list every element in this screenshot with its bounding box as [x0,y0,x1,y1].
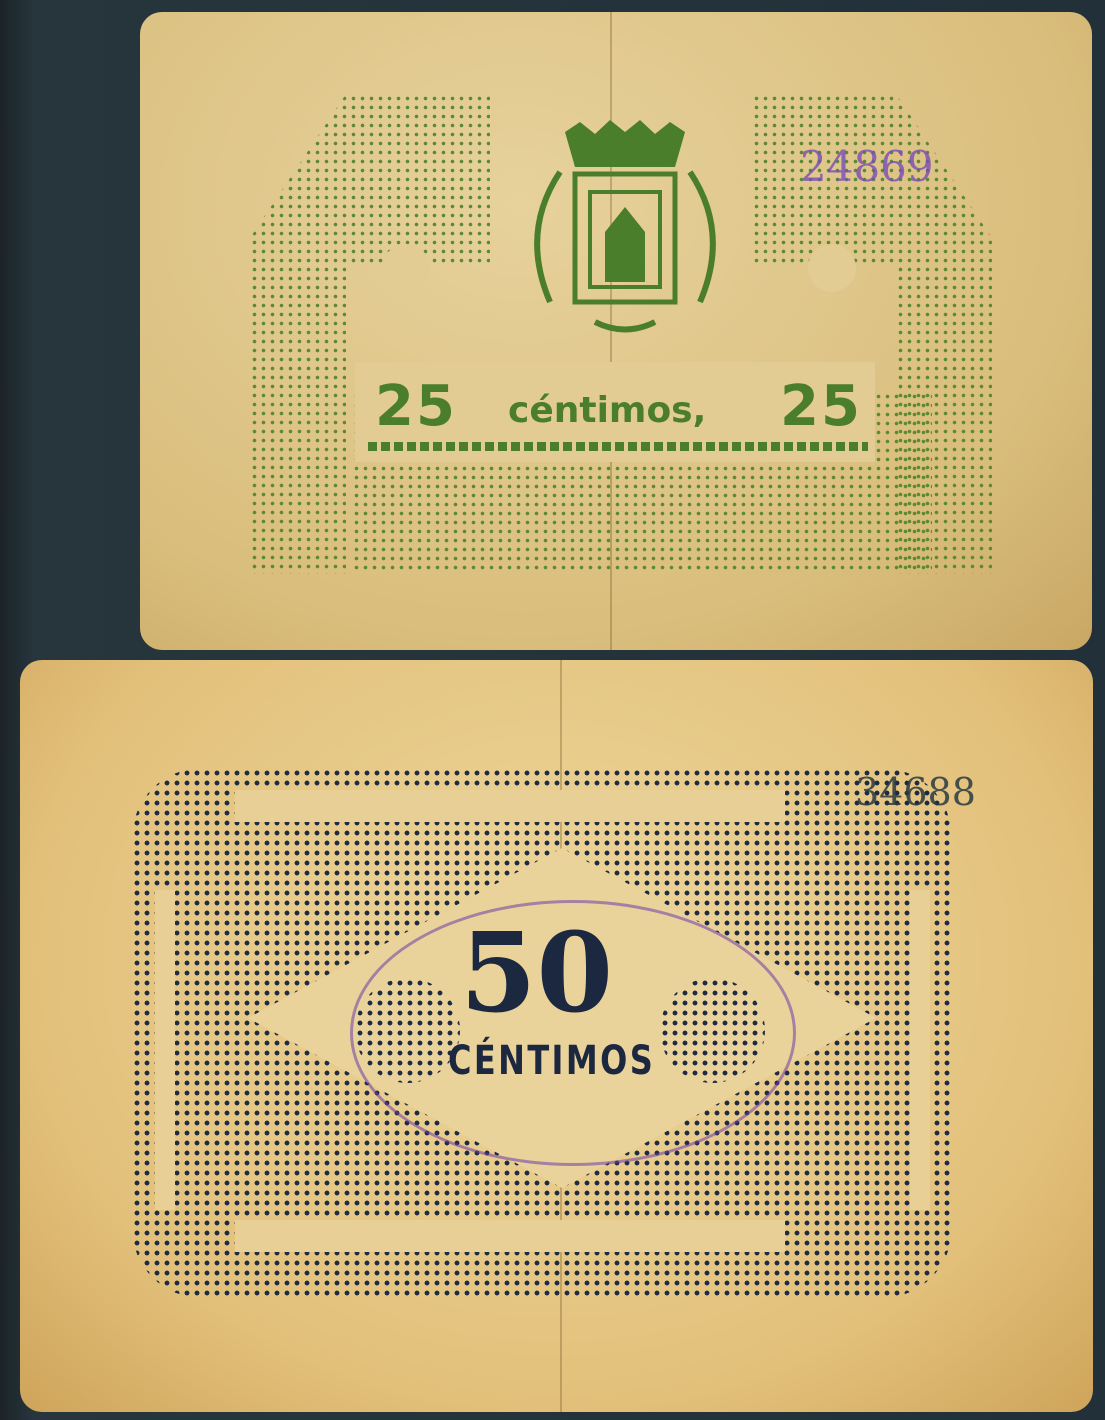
denomination-word: céntimos, [508,390,706,431]
dashed-rule [368,442,868,451]
denomination-left: 25 [375,374,457,439]
ink-stamp [350,900,796,1166]
denomination-right: 25 [780,374,862,439]
banknote-25-centimos: 25 céntimos, 25 24869 [140,12,1092,650]
coat-of-arms-icon [510,112,740,342]
serial-number: 24869 [800,142,934,191]
banknote-50-centimos: 50 CÉNTIMOS 34688 [20,660,1093,1412]
serial-number: 34688 [855,770,976,814]
